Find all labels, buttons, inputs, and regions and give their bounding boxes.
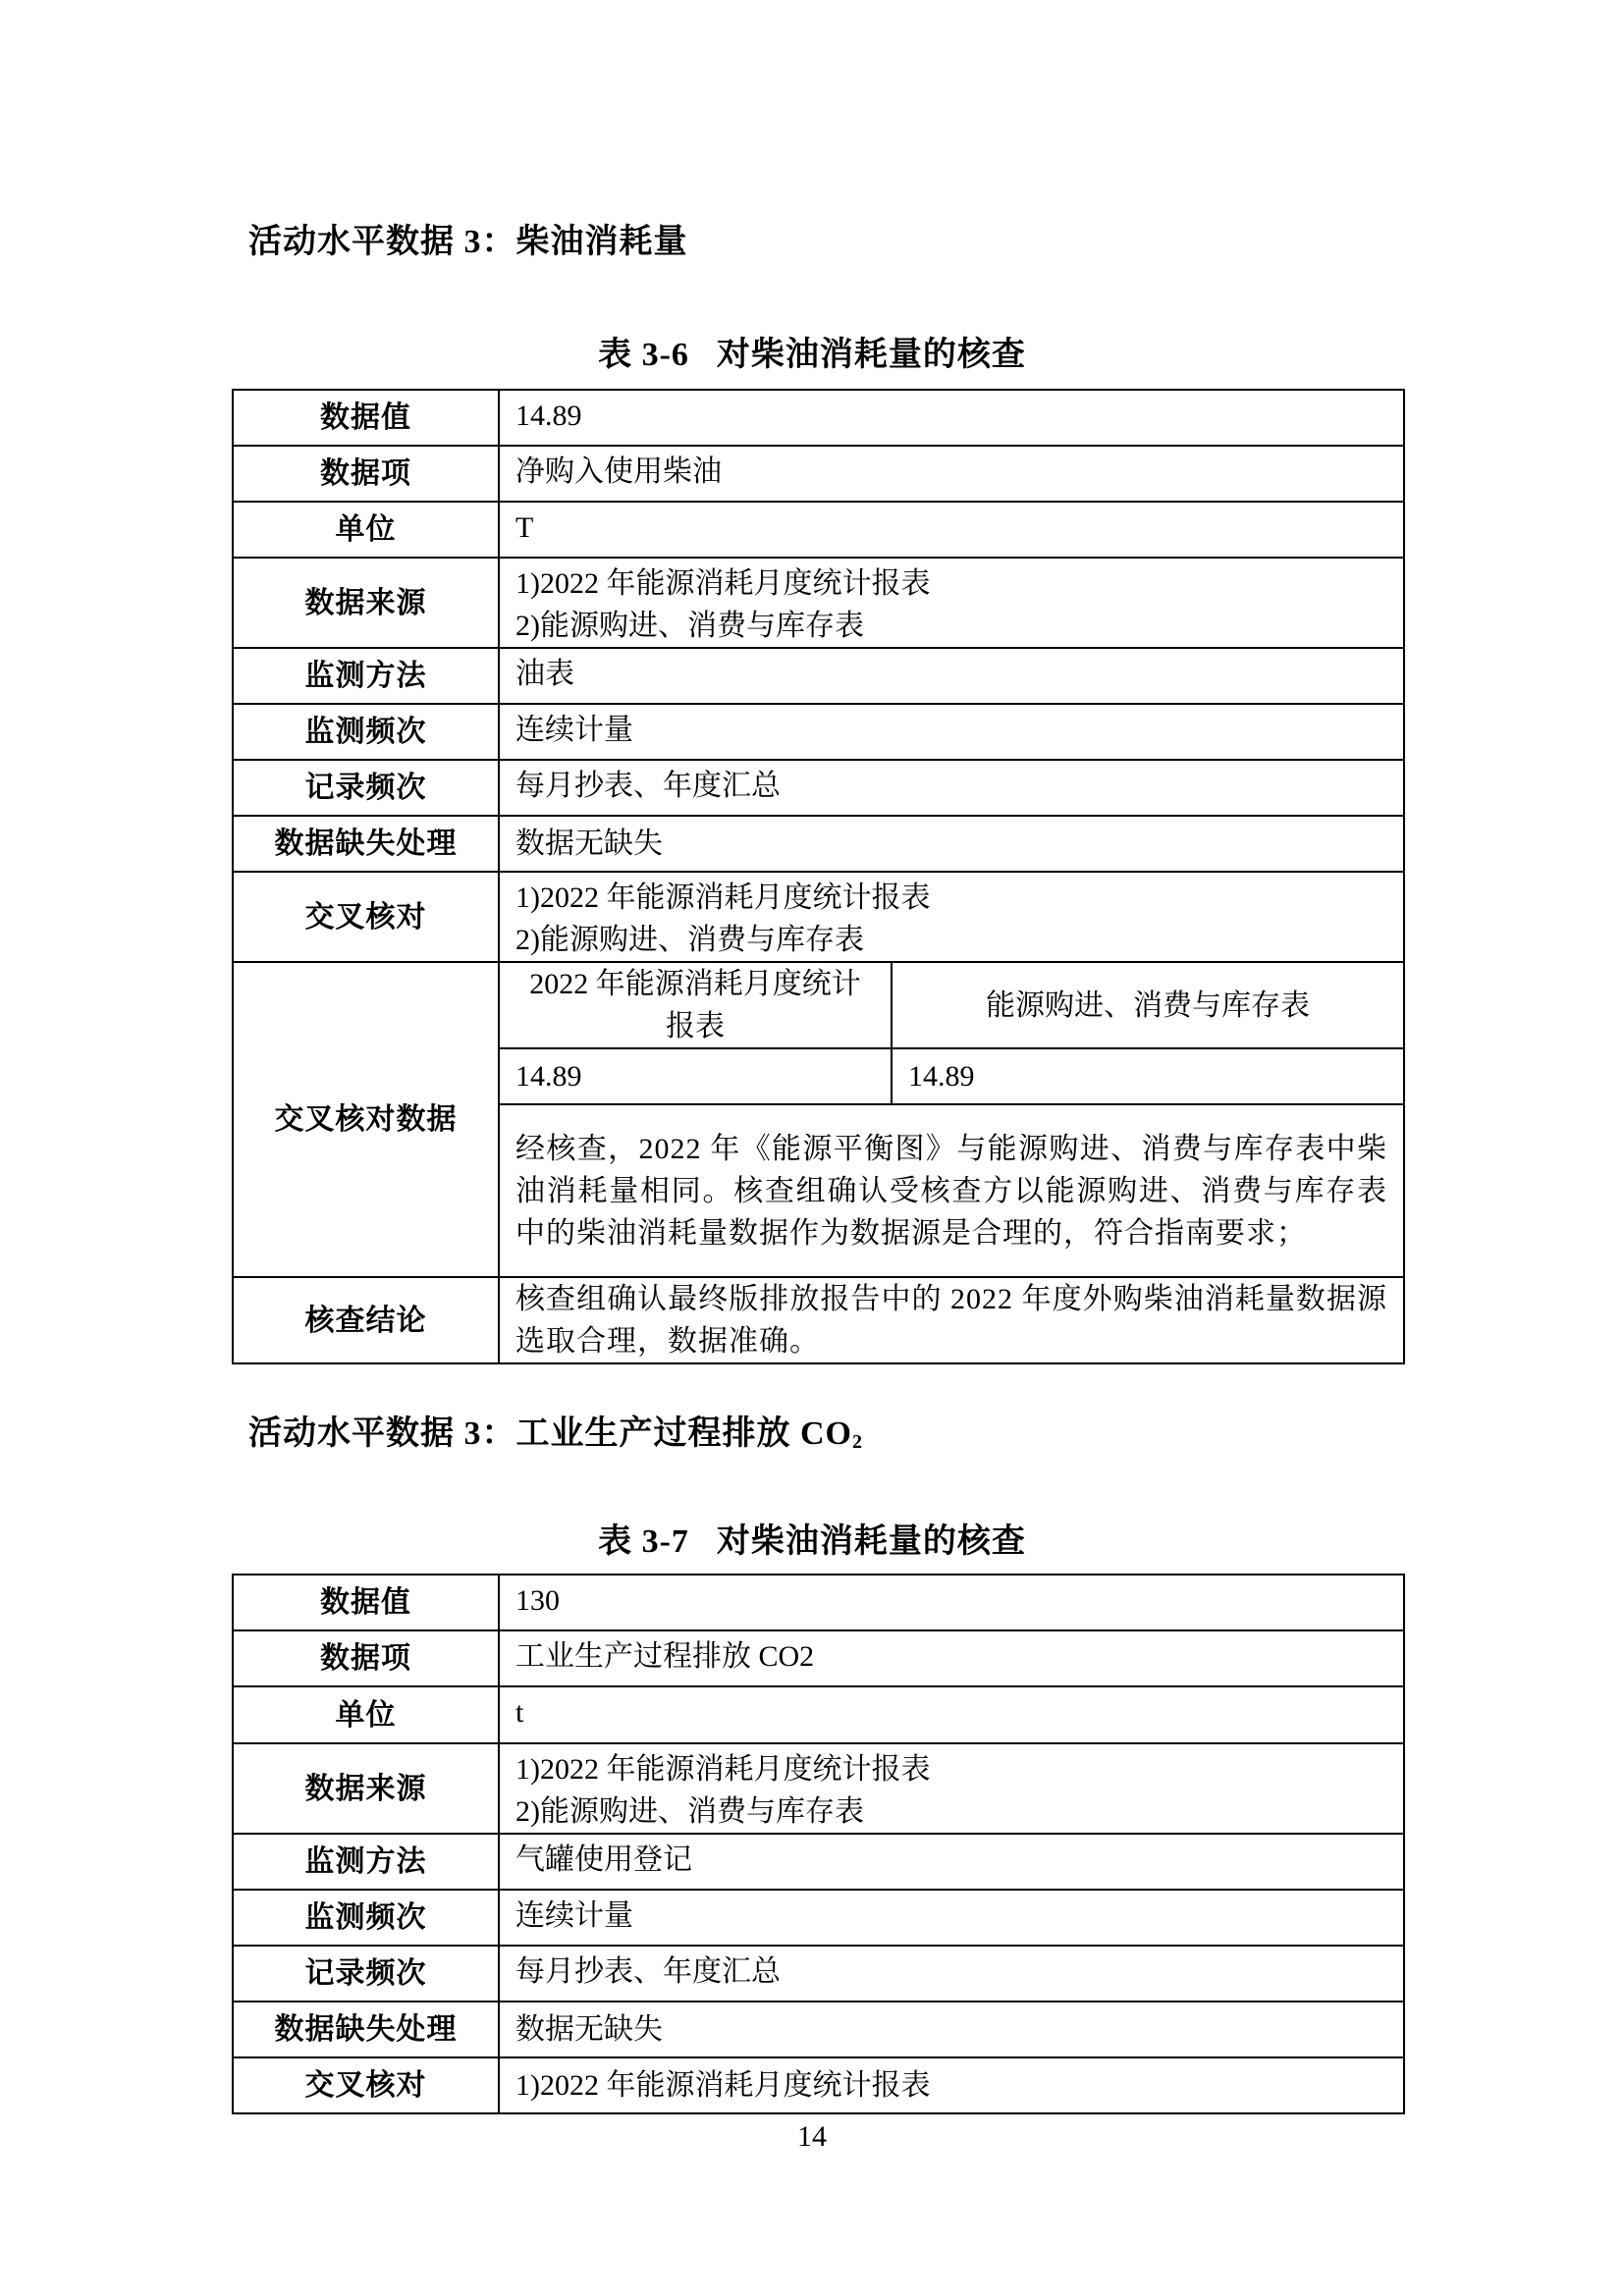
table-row: 数据值 14.89: [233, 390, 1404, 446]
table-row: 核查结论 核查组确认最终版排放报告中的 2022 年度外购柴油消耗量数据源选取合…: [233, 1277, 1404, 1363]
row-value: t: [499, 1686, 1404, 1743]
row-label: 单位: [233, 502, 499, 558]
row-label: 监测方法: [233, 1834, 499, 1890]
row-value: 每月抄表、年度汇总: [499, 760, 1404, 816]
cross-data-column-1: 2022 年能源消耗月度统计报表: [499, 962, 892, 1048]
row-value: 130: [499, 1575, 1404, 1630]
row-label: 数据缺失处理: [233, 2002, 499, 2057]
source-line-1: 1)2022 年能源消耗月度统计报表: [515, 1748, 1387, 1790]
heading-main: 活动水平数据 3：工业生产过程排放 CO: [248, 1415, 852, 1452]
table-row: 监测频次 连续计量: [233, 704, 1404, 760]
table-caption-3-7: 表 3-7对柴油消耗量的核查: [0, 1514, 1624, 1562]
row-value: 数据无缺失: [499, 816, 1404, 872]
row-value: 工业生产过程排放 CO2: [499, 1630, 1404, 1686]
caption-number: 表 3-6: [598, 337, 689, 373]
verification-table-3-6: 数据值 14.89 数据项 净购入使用柴油 单位 T 数据来源 1)2022 年…: [232, 389, 1405, 1364]
row-label: 监测方法: [233, 648, 499, 704]
row-label: 数据项: [233, 1630, 499, 1686]
row-value: 1)2022 年能源消耗月度统计报表 2)能源购进、消费与库存表: [499, 1743, 1404, 1834]
verification-table-3-7: 数据值 130 数据项 工业生产过程排放 CO2 单位 t 数据来源 1)202…: [232, 1574, 1405, 2114]
row-value: 连续计量: [499, 1890, 1404, 1946]
row-value: 连续计量: [499, 704, 1404, 760]
table-row: 数据项 净购入使用柴油: [233, 446, 1404, 502]
table-row: 数据来源 1)2022 年能源消耗月度统计报表 2)能源购进、消费与库存表: [233, 1743, 1404, 1834]
caption-number: 表 3-7: [598, 1523, 689, 1560]
table-row: 数据项 工业生产过程排放 CO2: [233, 1630, 1404, 1686]
page-number: 14: [0, 2120, 1624, 2154]
source-line-2: 2)能源购进、消费与库存表: [515, 605, 1387, 647]
row-label: 单位: [233, 1686, 499, 1743]
table-row: 交叉核对 1)2022 年能源消耗月度统计报表 2)能源购进、消费与库存表: [233, 872, 1404, 962]
row-value: 1)2022 年能源消耗月度统计报表 2)能源购进、消费与库存表: [499, 558, 1404, 648]
row-label: 监测频次: [233, 704, 499, 760]
table-row: 数据来源 1)2022 年能源消耗月度统计报表 2)能源购进、消费与库存表: [233, 558, 1404, 648]
row-label: 数据来源: [233, 558, 499, 648]
table-row: 记录频次 每月抄表、年度汇总: [233, 1946, 1404, 2002]
cross-data-value-1: 14.89: [499, 1048, 892, 1104]
table-row: 交叉核对 1)2022 年能源消耗月度统计报表: [233, 2057, 1404, 2113]
row-label: 交叉核对: [233, 2057, 499, 2113]
row-value: 14.89: [499, 390, 1404, 446]
caption-title: 对柴油消耗量的核查: [717, 337, 1026, 373]
row-label: 交叉核对数据: [233, 962, 499, 1277]
cross-check-line-2: 2)能源购进、消费与库存表: [515, 919, 1387, 961]
table-row: 监测方法 气罐使用登记: [233, 1834, 1404, 1890]
table-row: 单位 T: [233, 502, 1404, 558]
row-label: 交叉核对: [233, 872, 499, 962]
row-value: 1)2022 年能源消耗月度统计报表: [499, 2057, 1404, 2113]
row-value: T: [499, 502, 1404, 558]
cross-data-value-2: 14.89: [892, 1048, 1404, 1104]
row-value: 每月抄表、年度汇总: [499, 1946, 1404, 2002]
row-label: 数据值: [233, 1575, 499, 1630]
source-line-2: 2)能源购进、消费与库存表: [515, 1790, 1387, 1833]
row-label: 数据缺失处理: [233, 816, 499, 872]
table-row: 单位 t: [233, 1686, 1404, 1743]
table-row: 交叉核对数据 2022 年能源消耗月度统计报表 能源购进、消费与库存表: [233, 962, 1404, 1048]
cross-data-note: 经核查，2022 年《能源平衡图》与能源购进、消费与库存表中柴油消耗量相同。核查…: [499, 1104, 1404, 1277]
row-value: 气罐使用登记: [499, 1834, 1404, 1890]
row-value: 净购入使用柴油: [499, 446, 1404, 502]
row-label: 监测频次: [233, 1890, 499, 1946]
row-value: 1)2022 年能源消耗月度统计报表 2)能源购进、消费与库存表: [499, 872, 1404, 962]
table-row: 数据缺失处理 数据无缺失: [233, 816, 1404, 872]
heading-subscript: 2: [852, 1431, 863, 1453]
row-label: 核查结论: [233, 1277, 499, 1363]
row-label: 记录频次: [233, 760, 499, 816]
row-label: 数据来源: [233, 1743, 499, 1834]
source-line-1: 1)2022 年能源消耗月度统计报表: [515, 562, 1387, 605]
table-row: 记录频次 每月抄表、年度汇总: [233, 760, 1404, 816]
cross-data-column-2: 能源购进、消费与库存表: [892, 962, 1404, 1048]
section-heading-process-co2: 活动水平数据 3：工业生产过程排放 CO2: [248, 1406, 863, 1454]
conclusion-text: 核查组确认最终版排放报告中的 2022 年度外购柴油消耗量数据源选取合理，数据准…: [499, 1277, 1404, 1363]
cross-check-line-1: 1)2022 年能源消耗月度统计报表: [515, 877, 1387, 919]
section-heading-diesel: 活动水平数据 3：柴油消耗量: [248, 214, 688, 262]
caption-title: 对柴油消耗量的核查: [717, 1523, 1026, 1560]
table-caption-3-6: 表 3-6对柴油消耗量的核查: [0, 327, 1624, 375]
table-row: 监测频次 连续计量: [233, 1890, 1404, 1946]
table-row: 数据缺失处理 数据无缺失: [233, 2002, 1404, 2057]
row-value: 数据无缺失: [499, 2002, 1404, 2057]
row-value: 油表: [499, 648, 1404, 704]
table-row: 数据值 130: [233, 1575, 1404, 1630]
row-label: 数据项: [233, 446, 499, 502]
row-label: 记录频次: [233, 1946, 499, 2002]
row-label: 数据值: [233, 390, 499, 446]
table-row: 监测方法 油表: [233, 648, 1404, 704]
